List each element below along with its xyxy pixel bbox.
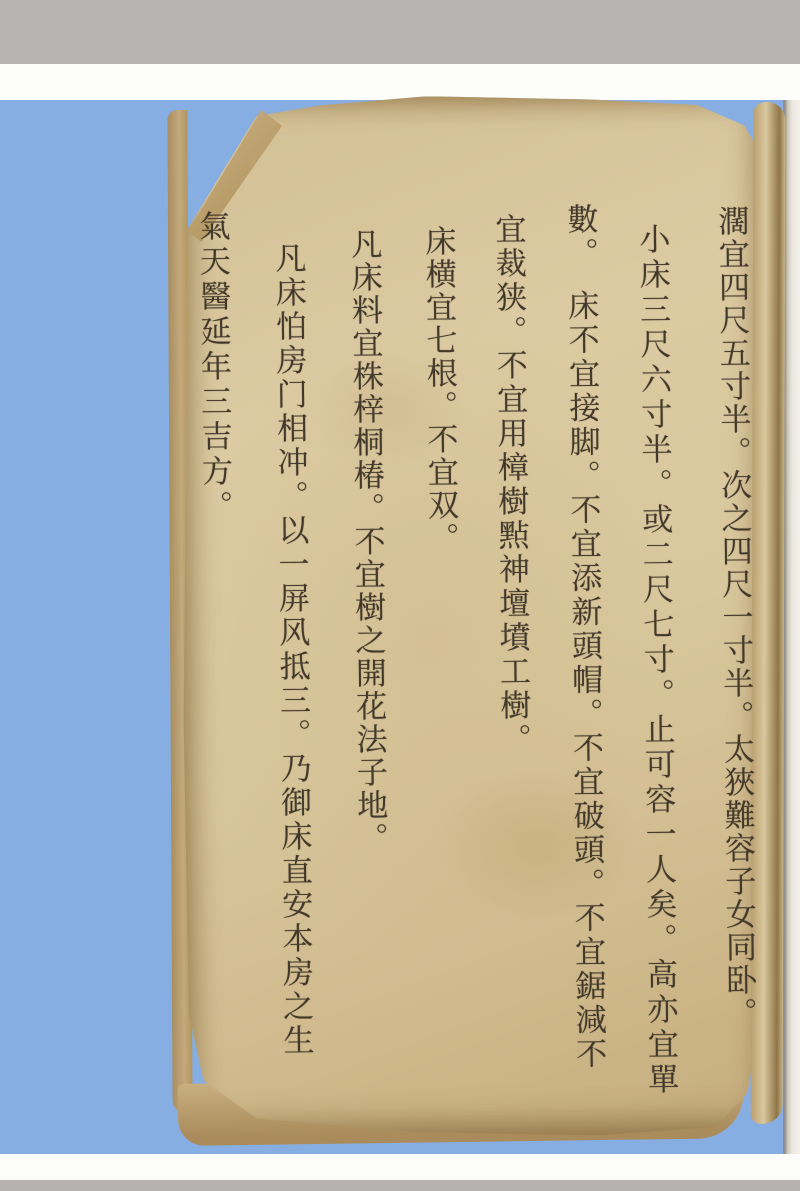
- photo-of-manuscript: 濶宜四尺五寸半。次之四尺一寸半。太狹難容子女同卧。 小床三尺六寸半。或二尺七寸。…: [0, 0, 800, 1191]
- top-white-band: [0, 64, 800, 100]
- book-fore-edge-strip: [783, 100, 800, 1154]
- top-gray-band: [0, 0, 800, 64]
- manuscript-column-5: 床横宜七根。不宜双。: [418, 225, 459, 555]
- manuscript-column-8: 氣天醫延年三吉方。: [192, 210, 232, 525]
- manuscript-column-6: 凡床料宜株梓桐椿。不宜樹之開花法子地。: [344, 228, 388, 855]
- manuscript-column-4: 宜裁狭。不宜用樟樹㸃神壇墳工樹。: [488, 213, 531, 757]
- bottom-gray-band: [0, 1180, 800, 1191]
- bottom-white-band: [0, 1154, 800, 1180]
